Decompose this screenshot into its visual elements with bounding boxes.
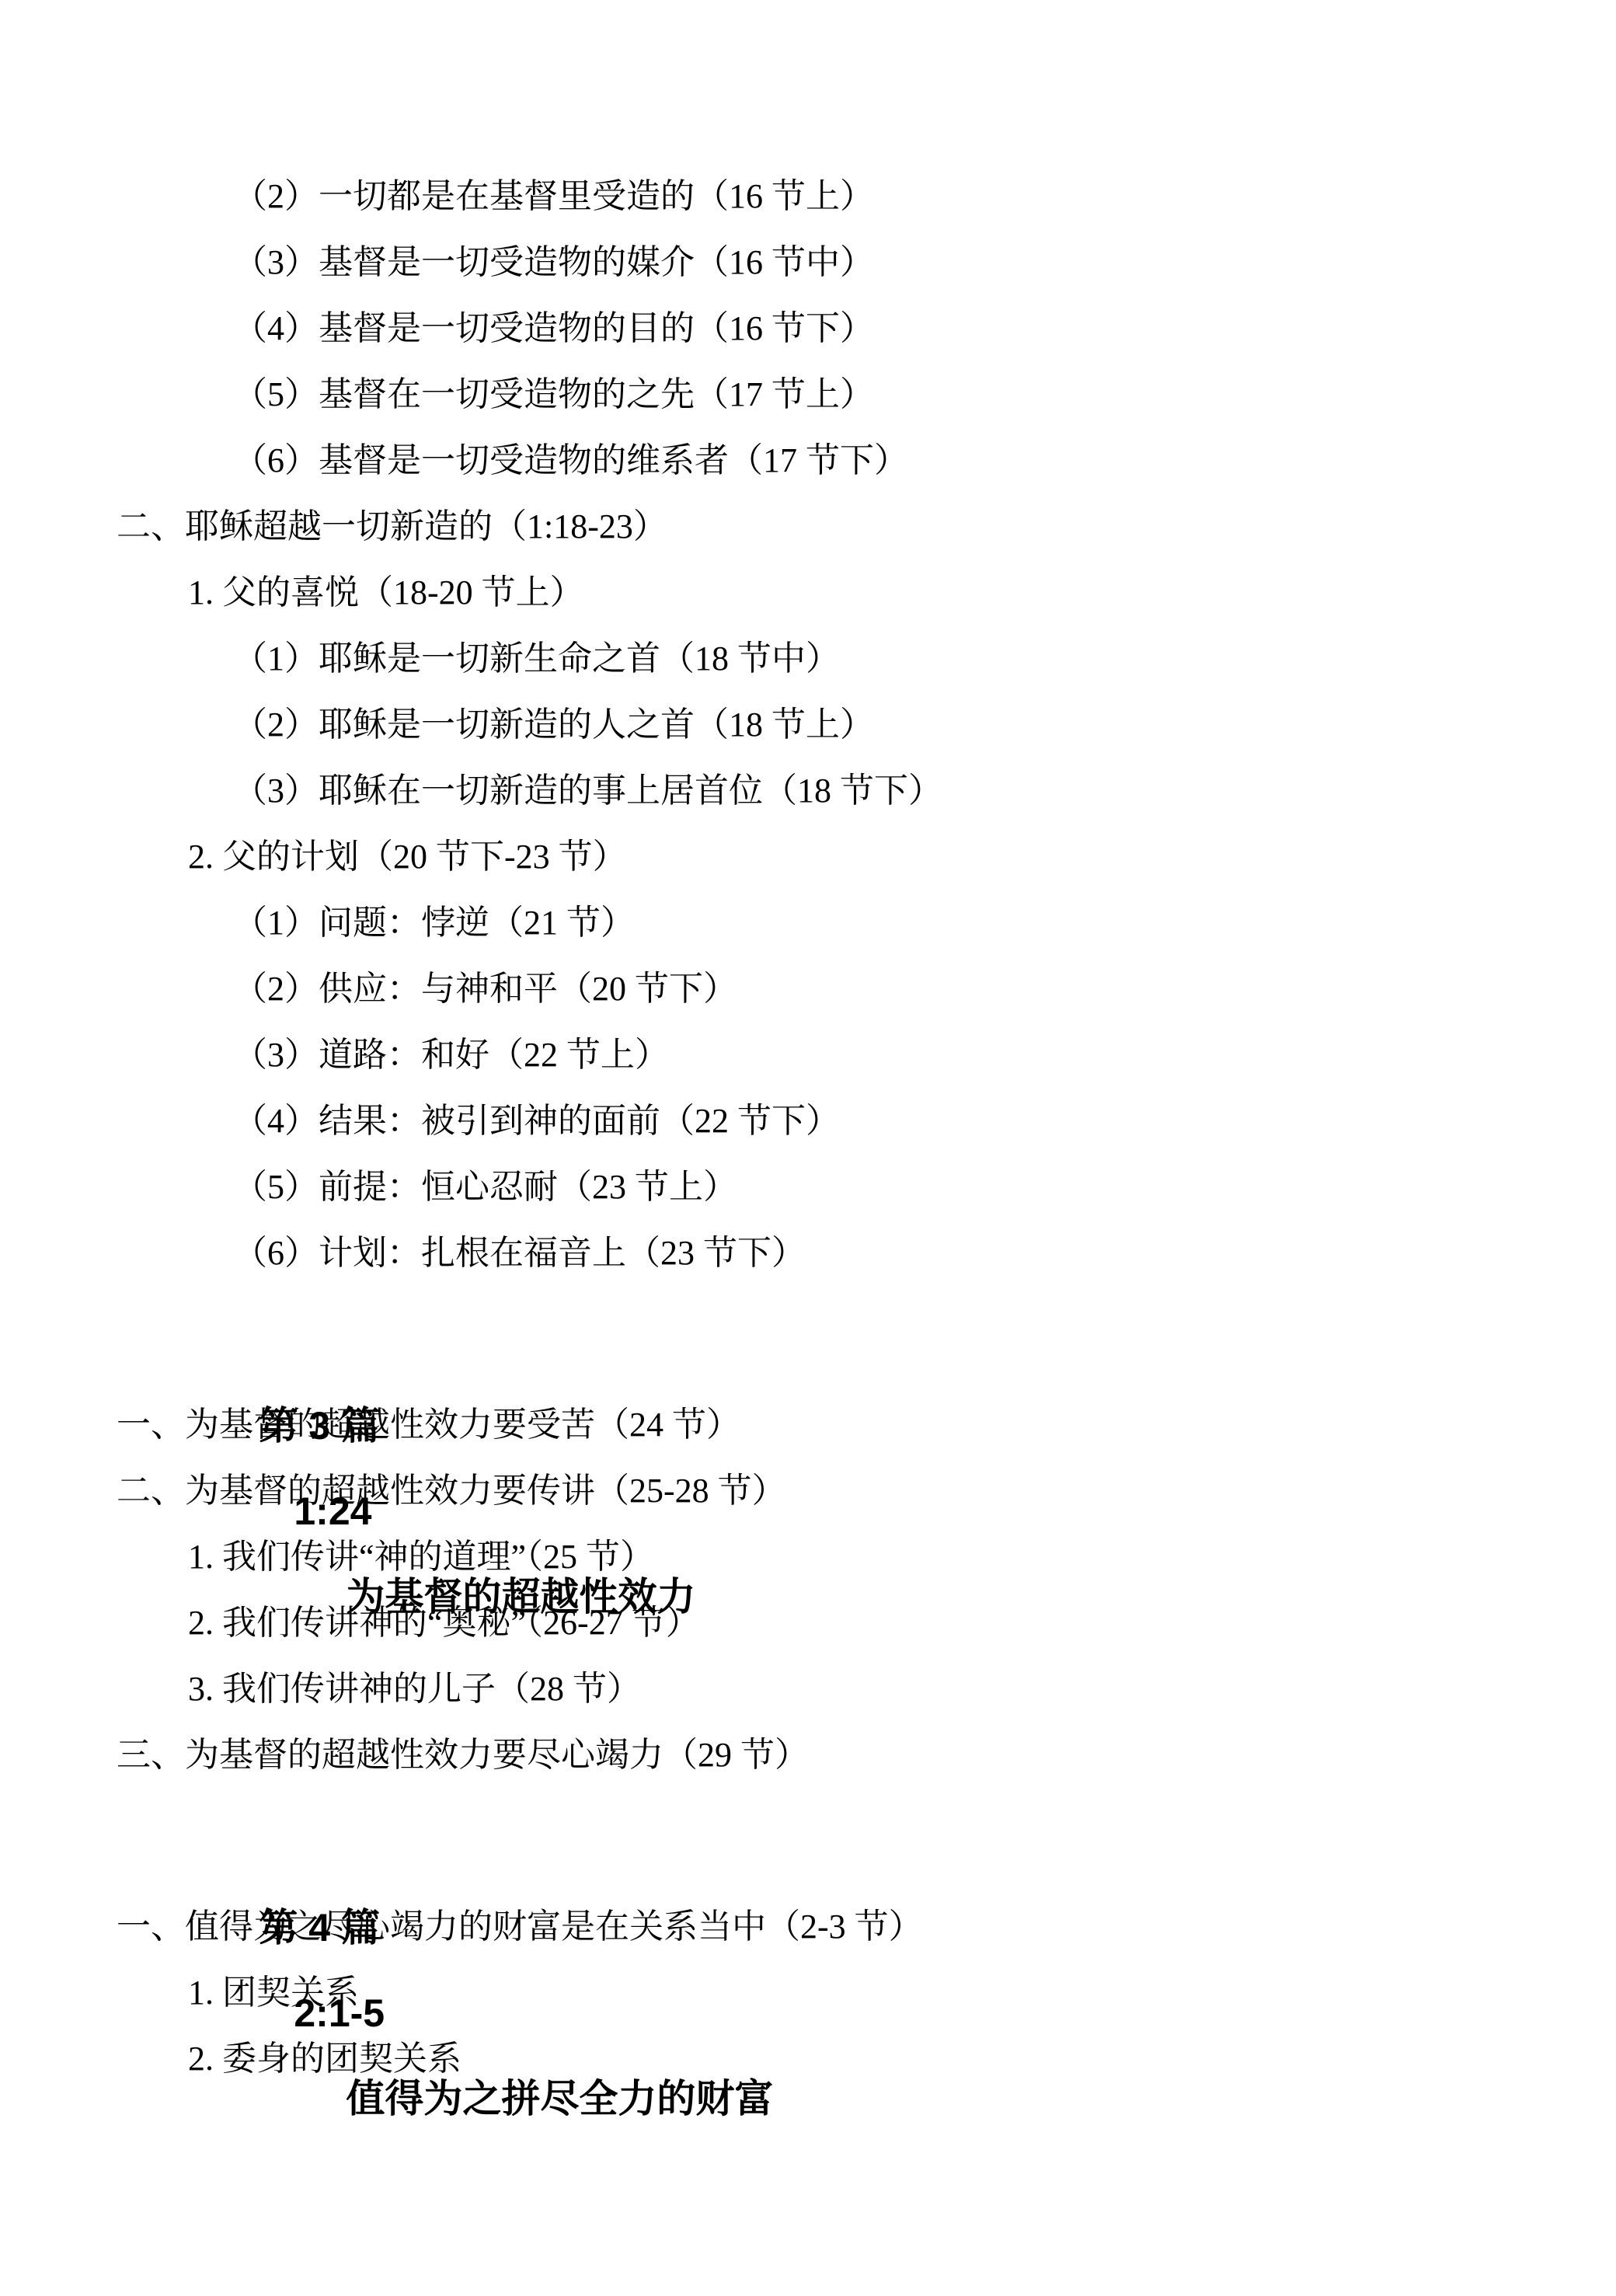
outline-item: 二、耶稣超越一切新造的（1:18-23） [0, 493, 1616, 559]
outline-item: （2）供应：与神和平（20 节下） [0, 956, 1616, 1022]
outline-item: 1. 我们传讲“神的道理”（25 节） [0, 1524, 1616, 1590]
outline-item: （2）一切都是在基督里受造的（16 节上） [0, 163, 1616, 229]
outline-content: （2）一切都是在基督里受造的（16 节上） （3）基督是一切受造物的媒介（16 … [0, 0, 1616, 2092]
outline-item: （3）基督是一切受造物的媒介（16 节中） [0, 229, 1616, 295]
outline-item: （1）耶稣是一切新生命之首（18 节中） [0, 625, 1616, 692]
outline-item: 2. 父的计划（20 节下-23 节） [0, 824, 1616, 890]
outline-item: 2. 委身的团契关系 [0, 2026, 1616, 2092]
outline-item: （6）计划：扎根在福音上（23 节下） [0, 1220, 1616, 1286]
outline-item: （1）问题：悖逆（21 节） [0, 890, 1616, 956]
outline-item: （4）结果：被引到神的面前（22 节下） [0, 1088, 1616, 1154]
outline-item: 1. 团契关系 [0, 1960, 1616, 2026]
document-page: （2）一切都是在基督里受造的（16 节上） （3）基督是一切受造物的媒介（16 … [0, 0, 1616, 2296]
outline-item: （5）前提：恒心忍耐（23 节上） [0, 1154, 1616, 1220]
outline-item: 一、值得为之尽心竭力的财富是在关系当中（2-3 节） [0, 1894, 1616, 1960]
section-heading: 第 4 篇 2:1-5 值得为之拼尽全力的财富 [0, 1800, 1616, 1885]
outline-item: 3. 我们传讲神的儿子（28 节） [0, 1656, 1616, 1722]
outline-item: 二、为基督的超越性效力要传讲（25-28 节） [0, 1458, 1616, 1524]
outline-item: 一、为基督的超越性效力要受苦（24 节） [0, 1392, 1616, 1458]
section-heading: 第 3 篇 1:24 为基督的超越性效力 [0, 1298, 1616, 1383]
outline-item: 三、为基督的超越性效力要尽心竭力（29 节） [0, 1722, 1616, 1788]
outline-item: （3）耶稣在一切新造的事上居首位（18 节下） [0, 758, 1616, 824]
outline-item: （6）基督是一切受造物的维系者（17 节下） [0, 427, 1616, 493]
outline-item: 2. 我们传讲神的“奥秘”（26-27 节） [0, 1590, 1616, 1656]
outline-item: （2）耶稣是一切新造的人之首（18 节上） [0, 692, 1616, 758]
outline-item: 1. 父的喜悦（18-20 节上） [0, 559, 1616, 625]
outline-item: （3）道路：和好（22 节上） [0, 1022, 1616, 1088]
outline-item: （4）基督是一切受造物的目的（16 节下） [0, 295, 1616, 361]
outline-item: （5）基督在一切受造物的之先（17 节上） [0, 361, 1616, 427]
